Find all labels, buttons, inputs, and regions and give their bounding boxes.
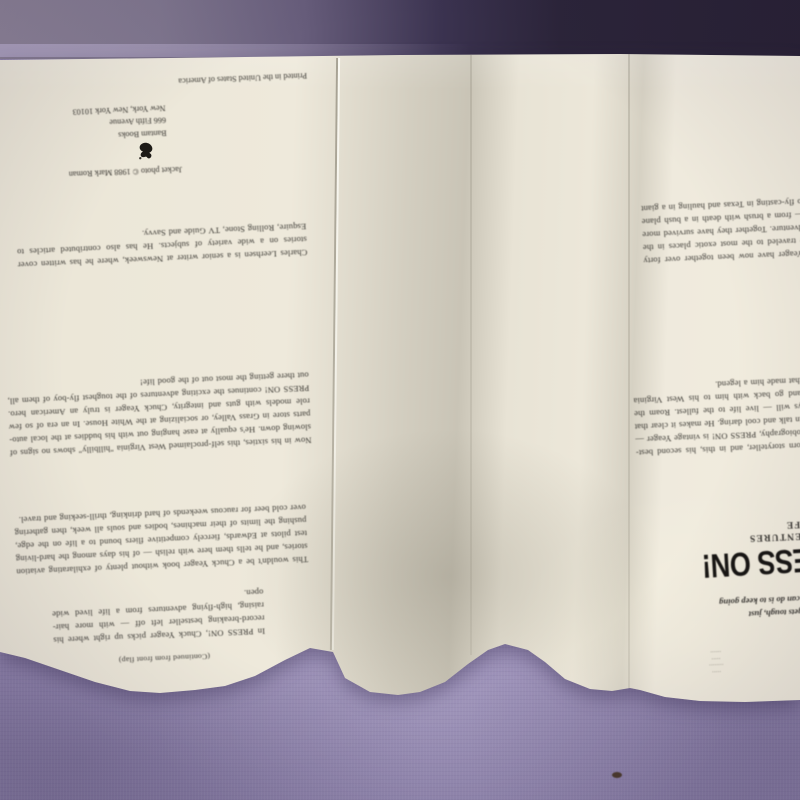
spine-crease-left (470, 55, 472, 655)
back-flap-paragraph-last: Now in his sixties, this self-proclaimed… (2, 265, 312, 460)
publisher-address: Bantam Books 666 Fifth Avenue New York, … (47, 96, 167, 143)
dust-jacket: Printed in the United States of America … (0, 0, 800, 800)
photo-scene: Printed in the United States of America … (0, 0, 800, 800)
continued-on-note: (continued on back flap) (735, 68, 800, 88)
author-bio: Charles Leerhsen is a senior writer at N… (14, 177, 307, 272)
front-flap-quote: …when the going gets tough, just remembe… (651, 575, 800, 624)
back-flap-paragraph-first: In PRESS ON!, Chuck Yeager picks up righ… (51, 571, 266, 646)
front-flap-paragraph-upper: Chuck and Glennis Yeager have now been t… (637, 95, 800, 267)
spine-crease-right (628, 54, 630, 694)
continued-from-note: (Continued from front flap) (70, 648, 210, 667)
price-block: ····· ········ ····· ······ (687, 643, 744, 675)
fabric-speck (612, 772, 622, 778)
bantam-rooster-logo-icon (135, 139, 158, 162)
front-flap-paragraph-lower: Chuck Yeager is a born storyteller, and … (628, 267, 800, 459)
jacket-photo-credit: Jacket photo © 1988 Mark Roman (36, 159, 183, 180)
back-flap-paragraph-middle: This wouldn't be a Chuck Yeager book wit… (12, 450, 309, 579)
jacket-paper: Printed in the United States of America … (0, 0, 800, 800)
printed-in-usa-line: Printed in the United States of America (35, 64, 307, 92)
